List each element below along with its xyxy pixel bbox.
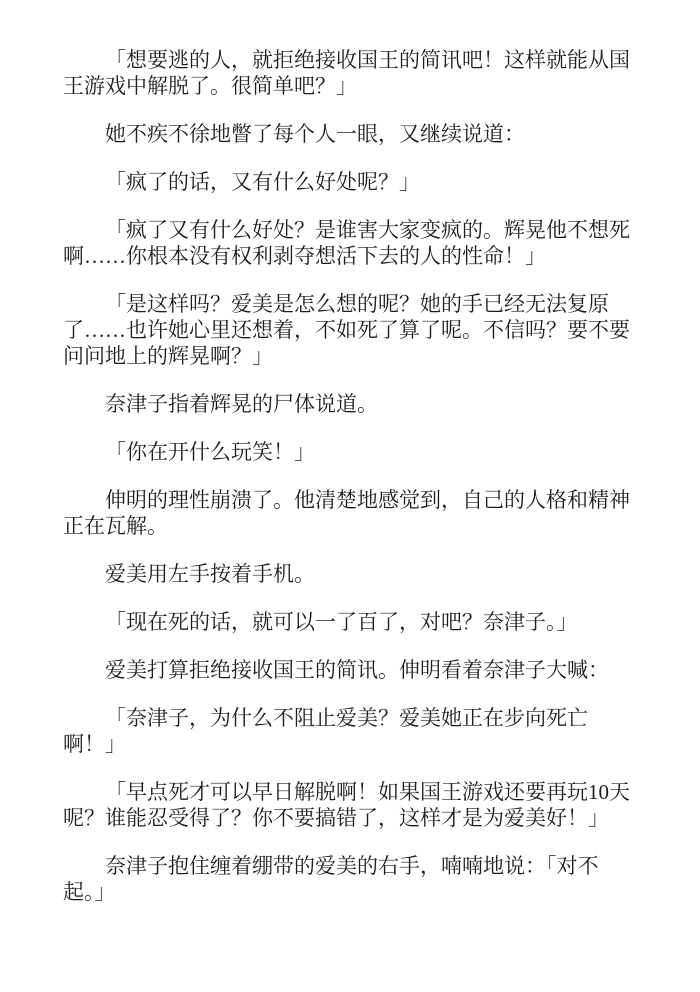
paragraph: 奈津子抱住缠着绷带的爱美的右手，喃喃地说：「对不 起。」 <box>63 853 643 905</box>
paragraph: 她不疾不徐地瞥了每个人一眼，又继续说道： <box>63 121 643 147</box>
paragraph: 「是这样吗？爱美是怎么想的呢？她的手已经无法复原 了……也许她心里还想着，不如死… <box>63 291 643 369</box>
paragraph: 「奈津子，为什么不阻止爱美？爱美她正在步向死亡 啊！」 <box>63 705 643 757</box>
paragraph: 奈津子指着辉晃的尸体说道。 <box>63 391 643 417</box>
paragraph: 爱美用左手按着手机。 <box>63 561 643 587</box>
book-page: 「想要逃的人，就拒绝接收国王的简讯吧！这样就能从国 王游戏中解脱了。很简单吧？」… <box>0 0 700 992</box>
paragraph: 「早点死才可以早日解脱啊！如果国王游戏还要再玩10天 呢？谁能忍受得了？你不要搞… <box>63 779 643 831</box>
paragraph: 爱美打算拒绝接收国王的简讯。伸明看着奈津子大喊： <box>63 657 643 683</box>
paragraph: 「疯了的话，又有什么好处呢？」 <box>63 169 643 195</box>
paragraph: 「想要逃的人，就拒绝接收国王的简讯吧！这样就能从国 王游戏中解脱了。很简单吧？」 <box>63 47 643 99</box>
paragraph: 「现在死的话，就可以一了百了，对吧？奈津子。」 <box>63 609 643 635</box>
paragraph: 伸明的理性崩溃了。他清楚地感觉到，自己的人格和精神 正在瓦解。 <box>63 487 643 539</box>
text-column: 「想要逃的人，就拒绝接收国王的简讯吧！这样就能从国 王游戏中解脱了。很简单吧？」… <box>63 47 643 905</box>
paragraph: 「你在开什么玩笑！」 <box>63 439 643 465</box>
paragraph: 「疯了又有什么好处？是谁害大家变疯的。辉晃他不想死 啊……你根本没有权利剥夺想活… <box>63 217 643 269</box>
